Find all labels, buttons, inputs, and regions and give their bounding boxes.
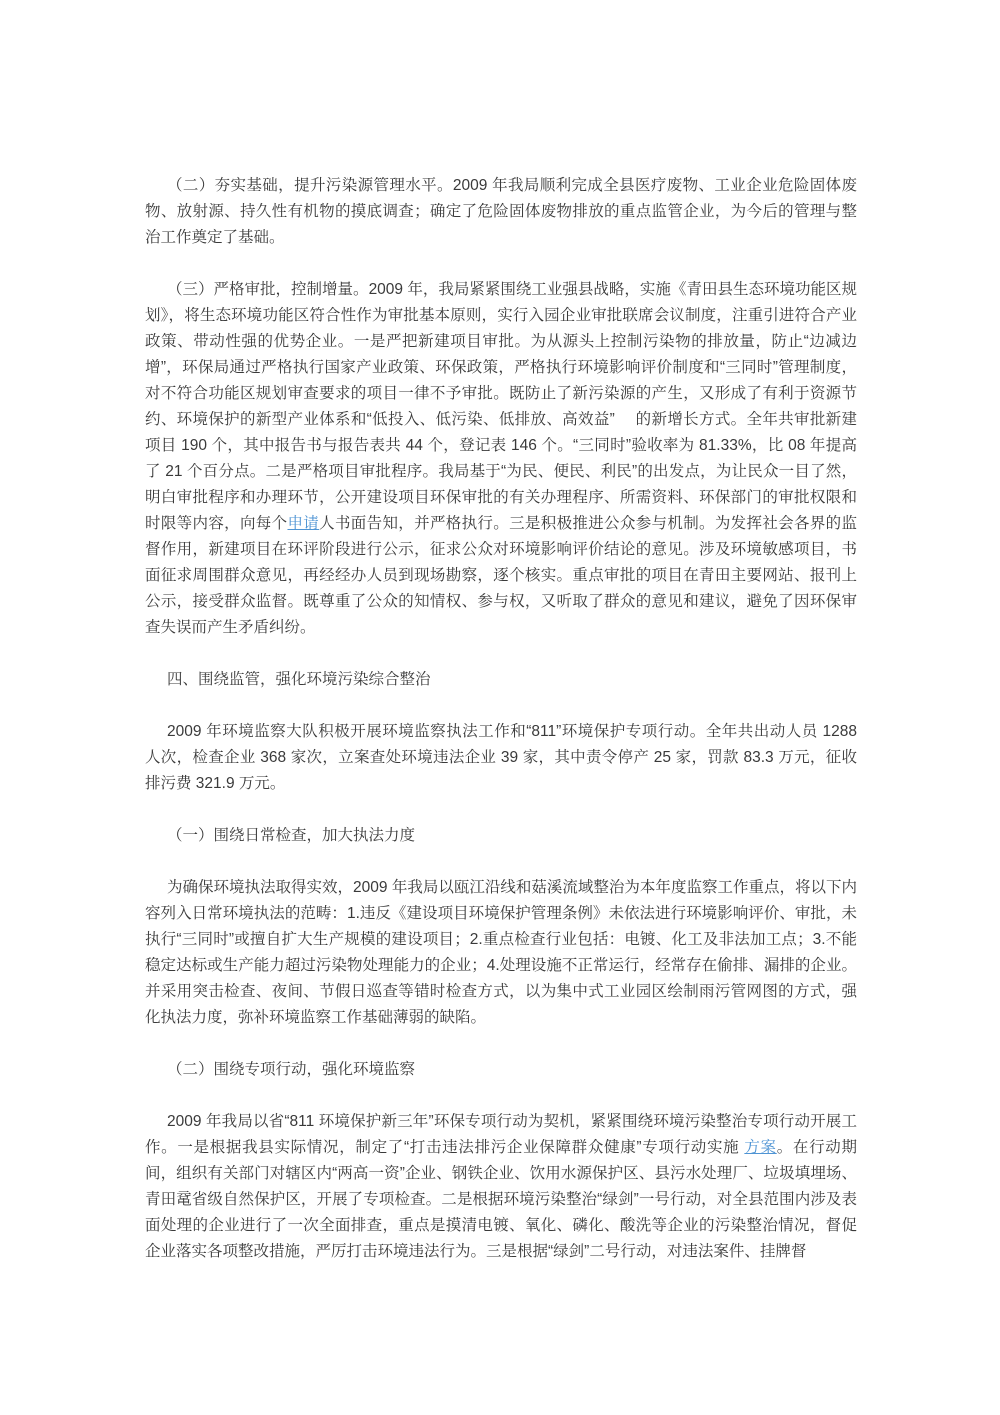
section-heading-4-supervision: 四、围绕监管，强化环境污染综合整治 — [145, 667, 857, 693]
paragraph-inspection-statistics: 2009 年环境监察大队积极开展环境监察执法工作和“811”环境保护专项行动。全… — [145, 719, 857, 797]
document-body: （二）夯实基础，提升污染源管理水平。2009 年我局顺利完成全县医疗废物、工业企… — [145, 173, 857, 1265]
paragraph-text: 为确保环境执法取得实效，2009 年我局以瓯江沿线和菇溪流域整治为本年度监察工作… — [145, 879, 857, 1026]
subsection-heading-1-daily-inspection: （一）围绕日常检查，加大执法力度 — [145, 823, 857, 849]
heading-text: （二）围绕专项行动，强化环境监察 — [167, 1061, 415, 1078]
paragraph-strict-approval: （三）严格审批，控制增量。2009 年，我局紧紧围绕工业强县战略，实施《青田县生… — [145, 277, 857, 641]
paragraph-text: 。在行动期间，组织有关部门对辖区内“两高一资”企业、钢铁企业、饮用水源保护区、县… — [145, 1139, 857, 1260]
paragraph-special-action: 2009 年我局以省“811 环境保护新三年”环保专项行动为契机，紧紧围绕环境污… — [145, 1109, 857, 1265]
paragraph-pollution-source-management: （二）夯实基础，提升污染源管理水平。2009 年我局顺利完成全县医疗废物、工业企… — [145, 173, 857, 251]
heading-text: （一）围绕日常检查，加大执法力度 — [167, 827, 415, 844]
subsection-heading-2-special-action: （二）围绕专项行动，强化环境监察 — [145, 1057, 857, 1083]
fangan-plan-link[interactable]: 方案 — [744, 1139, 776, 1156]
paragraph-text: 2009 年环境监察大队积极开展环境监察执法工作和“811”环境保护专项行动。全… — [145, 723, 857, 792]
paragraph-daily-enforcement: 为确保环境执法取得实效，2009 年我局以瓯江沿线和菇溪流域整治为本年度监察工作… — [145, 875, 857, 1031]
paragraph-text: （二）夯实基础，提升污染源管理水平。2009 年我局顺利完成全县医疗废物、工业企… — [145, 177, 857, 246]
paragraph-text: （三）严格审批，控制增量。2009 年，我局紧紧围绕工业强县战略，实施《青田县生… — [145, 281, 857, 532]
shenqing-apply-link[interactable]: 申请 — [287, 515, 319, 532]
heading-text: 四、围绕监管，强化环境污染综合整治 — [167, 671, 431, 688]
paragraph-text: 人书面告知，并严格执行。三是积极推进公众参与机制。为发挥社会各界的监督作用，新建… — [145, 515, 857, 636]
